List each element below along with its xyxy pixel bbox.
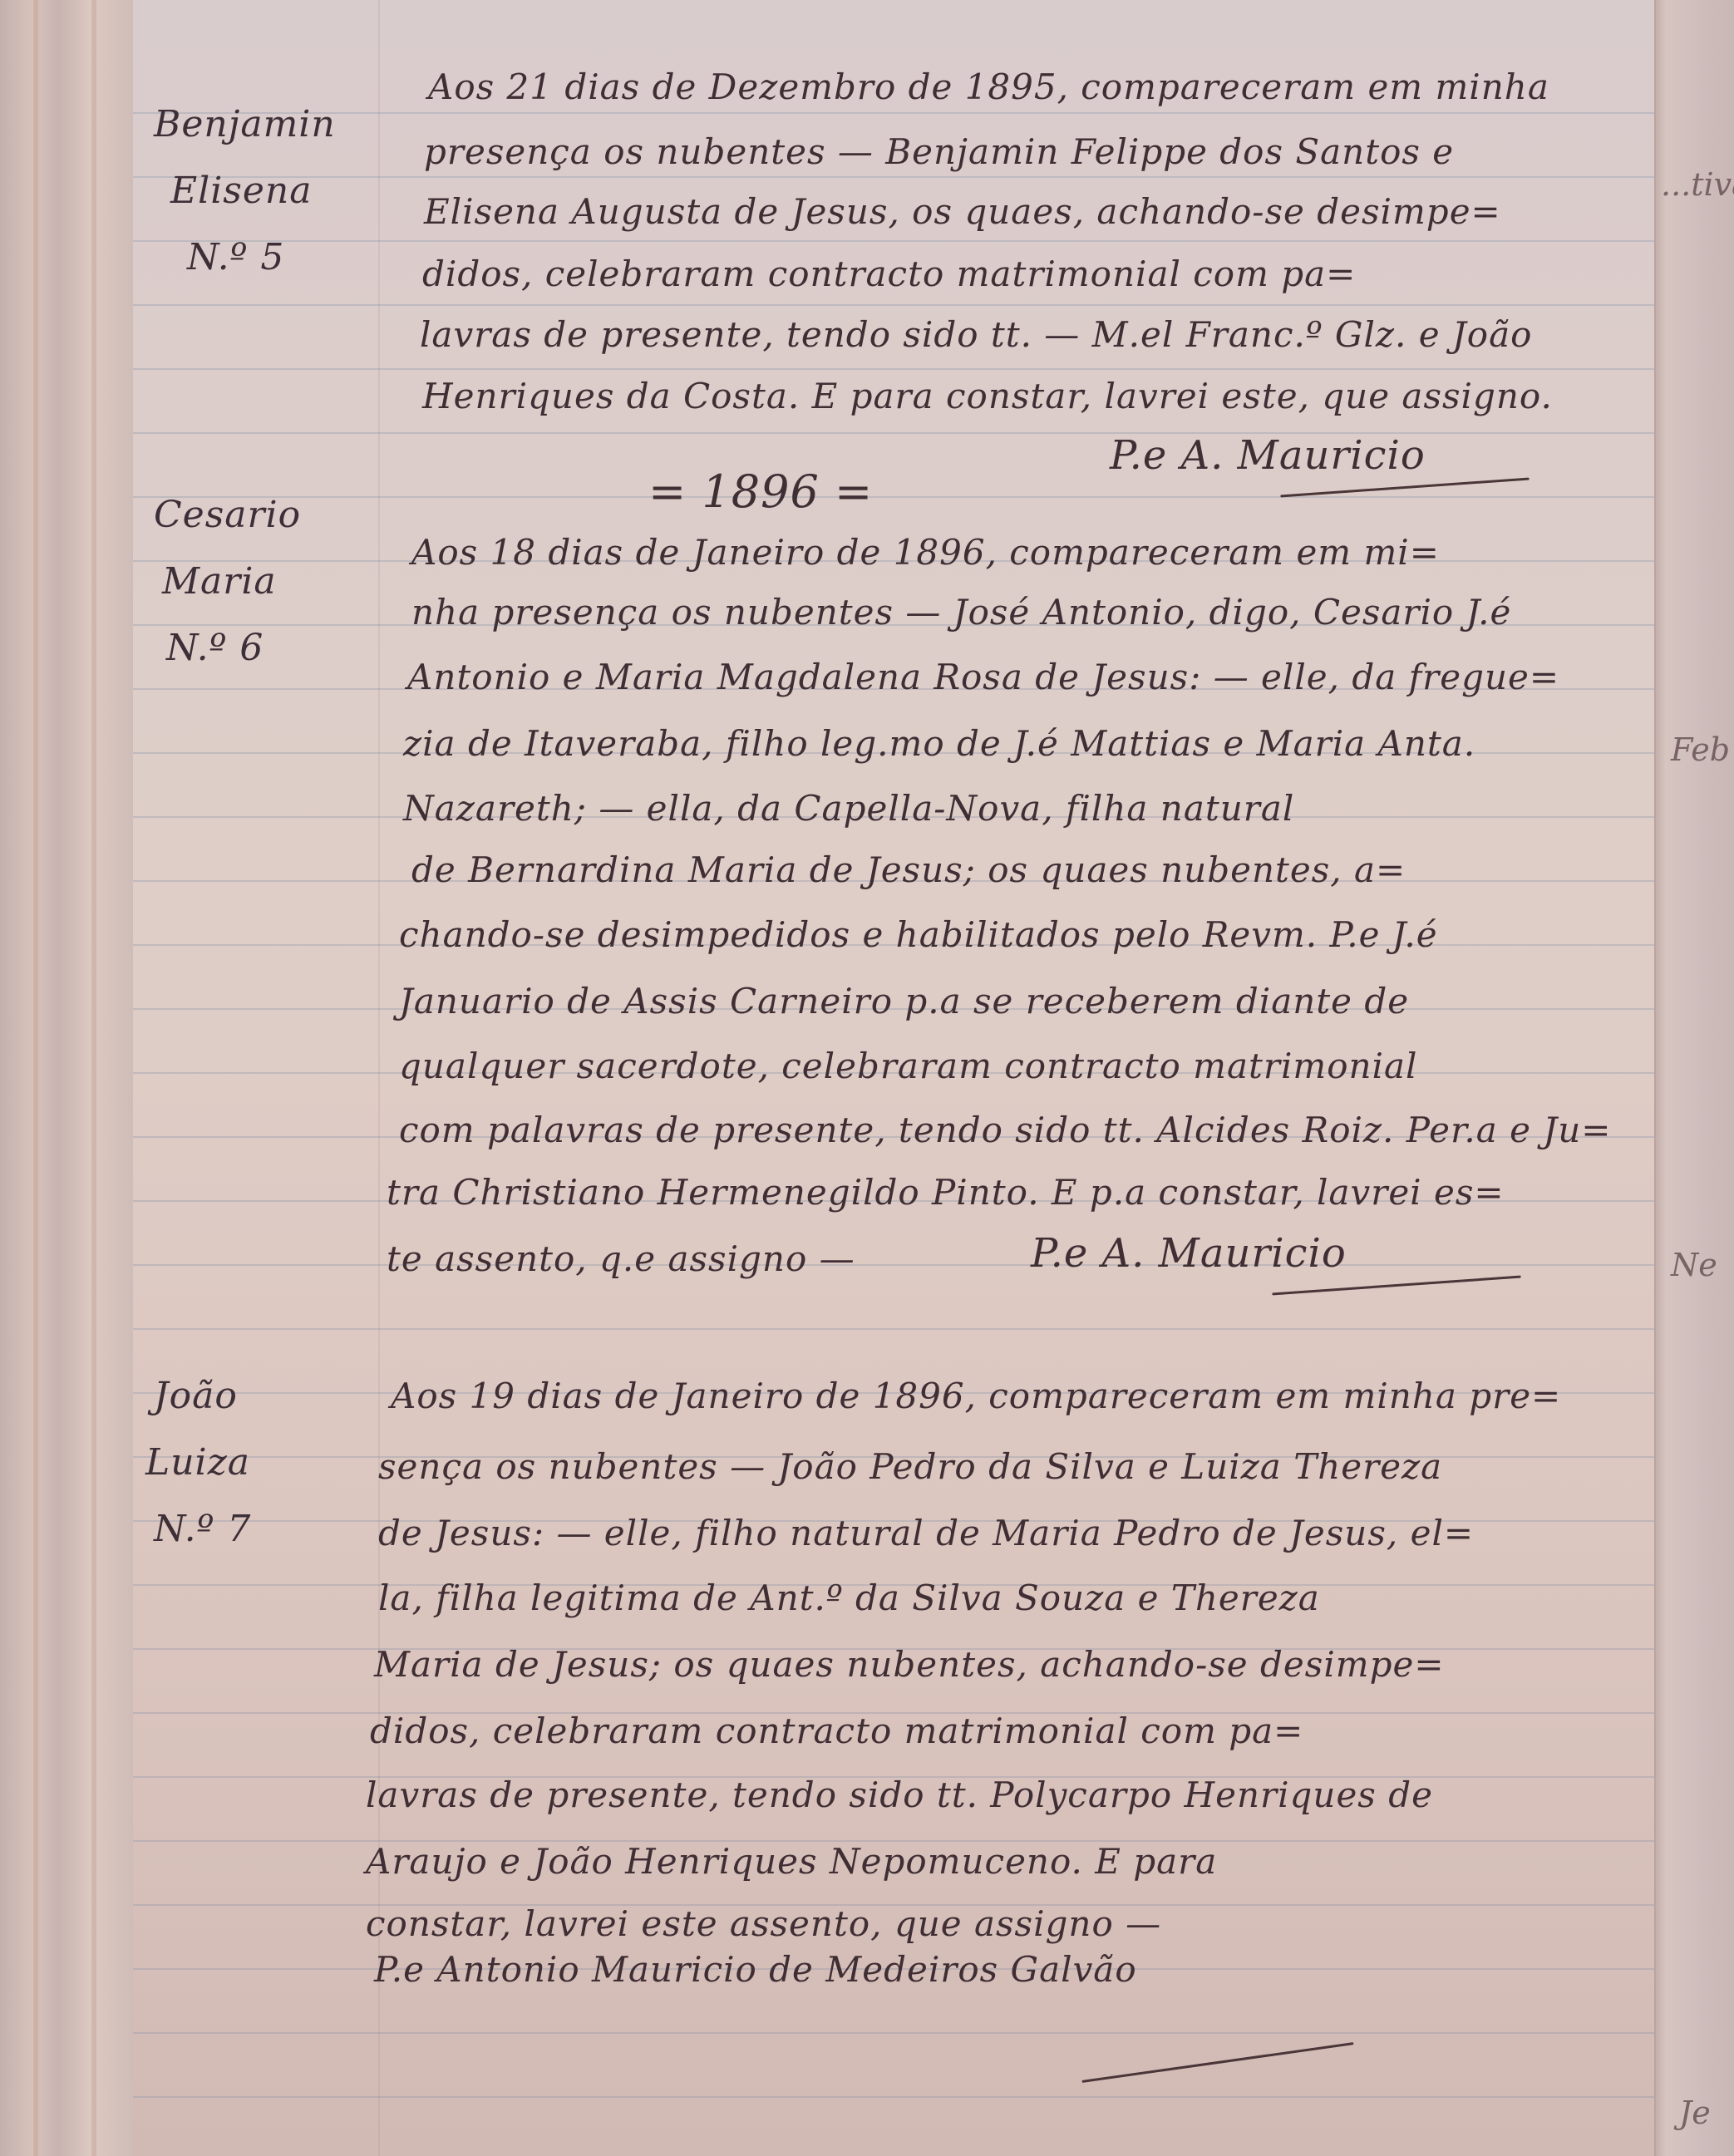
entry-line: te assento, q.e assigno —	[387, 1238, 855, 1279]
ruled-line	[133, 2032, 1654, 2034]
adjacent-fragment: Feb	[1671, 731, 1730, 768]
ruled-line	[133, 1264, 1654, 1266]
entry-line: lavras de presente, tendo sido tt. — M.e…	[420, 314, 1532, 355]
entry-line: constar, lavrei este assento, que assign…	[366, 1903, 1161, 1944]
ruled-line	[133, 304, 1654, 306]
adjacent-fragment: Ne	[1671, 1247, 1717, 1283]
entry-line: Nazareth; — ella, da Capella-Nova, filha…	[403, 788, 1294, 829]
margin-entry-number: N.º 6	[166, 615, 301, 682]
margin-groom-name: João	[154, 1363, 251, 1430]
entry-line: presença os nubentes — Benjamin Felippe …	[424, 131, 1454, 172]
ruled-line	[133, 176, 1654, 178]
entry-line: Aos 19 dias de Janeiro de 1896, comparec…	[391, 1376, 1561, 1416]
entry-line: Henriques da Costa. E para constar, lavr…	[422, 376, 1553, 416]
margin-entry-number: N.º 5	[187, 224, 336, 291]
entry-line: Araujo e João Henriques Nepomuceno. E pa…	[366, 1841, 1217, 1882]
entry-line: zia de Itaveraba, filho leg.mo de J.é Ma…	[403, 723, 1475, 764]
margin-rule	[378, 0, 380, 2156]
entry-line: didos, celebraram contracto matrimonial …	[370, 1711, 1303, 1751]
ruled-line	[133, 1328, 1654, 1330]
ruled-line	[133, 240, 1654, 242]
entry-line: Elisena Augusta de Jesus, os quaes, acha…	[424, 191, 1501, 232]
entry-line: tra Christiano Hermenegildo Pinto. E p.a…	[387, 1172, 1505, 1213]
margin-note: Benjamin Elisena N.º 5	[154, 91, 336, 291]
adjacent-fragment: Je	[1679, 2094, 1711, 2131]
ruled-line	[133, 432, 1654, 434]
margin-bride-name: Luiza	[145, 1430, 251, 1496]
entry-line: la, filha legitima de Ant.º da Silva Sou…	[378, 1578, 1320, 1618]
ruled-line	[133, 112, 1654, 114]
ruled-line	[133, 2096, 1654, 2098]
priest-signature: P.e Antonio Mauricio de Medeiros Galvão	[374, 1949, 1137, 1990]
entry-line: qualquer sacerdote, celebraram contracto…	[399, 1046, 1417, 1086]
entry-line: didos, celebraram contracto matrimonial …	[422, 254, 1356, 294]
entry-line: com palavras de presente, tendo sido tt.…	[399, 1110, 1611, 1150]
priest-signature: P.e A. Mauricio	[1031, 1230, 1347, 1277]
entry-line: Aos 18 dias de Janeiro de 1896, comparec…	[411, 532, 1440, 573]
entry-line: Januario de Assis Carneiro p.a se recebe…	[399, 981, 1409, 1021]
entry-line: chando-se desimpedidos e habilitados pel…	[399, 914, 1438, 955]
entry-line: de Bernardina Maria de Jesus; os quaes n…	[411, 849, 1406, 890]
entry-line: lavras de presente, tendo sido tt. Polyc…	[366, 1775, 1433, 1815]
margin-groom-name: Benjamin	[154, 91, 336, 158]
entry-line: nha presença os nubentes — José Antonio,…	[411, 592, 1511, 633]
margin-note: João Luiza N.º 7	[137, 1363, 251, 1563]
year-heading: = 1896 =	[648, 465, 873, 518]
adjacent-page-edge: ...tiva Feb Ne Je	[1654, 0, 1734, 2156]
margin-bride-name: Elisena	[170, 158, 336, 224]
entry-line: Antonio e Maria Magdalena Rosa de Jesus:…	[407, 657, 1559, 697]
ruled-line	[133, 496, 1654, 498]
margin-entry-number: N.º 7	[154, 1496, 251, 1563]
margin-note: Cesario Maria N.º 6	[154, 482, 301, 682]
entry-line: Maria de Jesus; os quaes nubentes, achan…	[374, 1644, 1445, 1685]
margin-groom-name: Cesario	[154, 482, 301, 549]
entry-line: Aos 21 dias de Dezembro de 1895, compare…	[428, 66, 1549, 107]
entry-line: de Jesus: — elle, filho natural de Maria…	[378, 1513, 1474, 1553]
margin-bride-name: Maria	[162, 549, 301, 615]
entry-line: sença os nubentes — João Pedro da Silva …	[378, 1446, 1442, 1487]
adjacent-fragment: ...tiva	[1661, 166, 1734, 203]
priest-signature: P.e A. Mauricio	[1110, 432, 1426, 479]
ruled-line	[133, 368, 1654, 370]
